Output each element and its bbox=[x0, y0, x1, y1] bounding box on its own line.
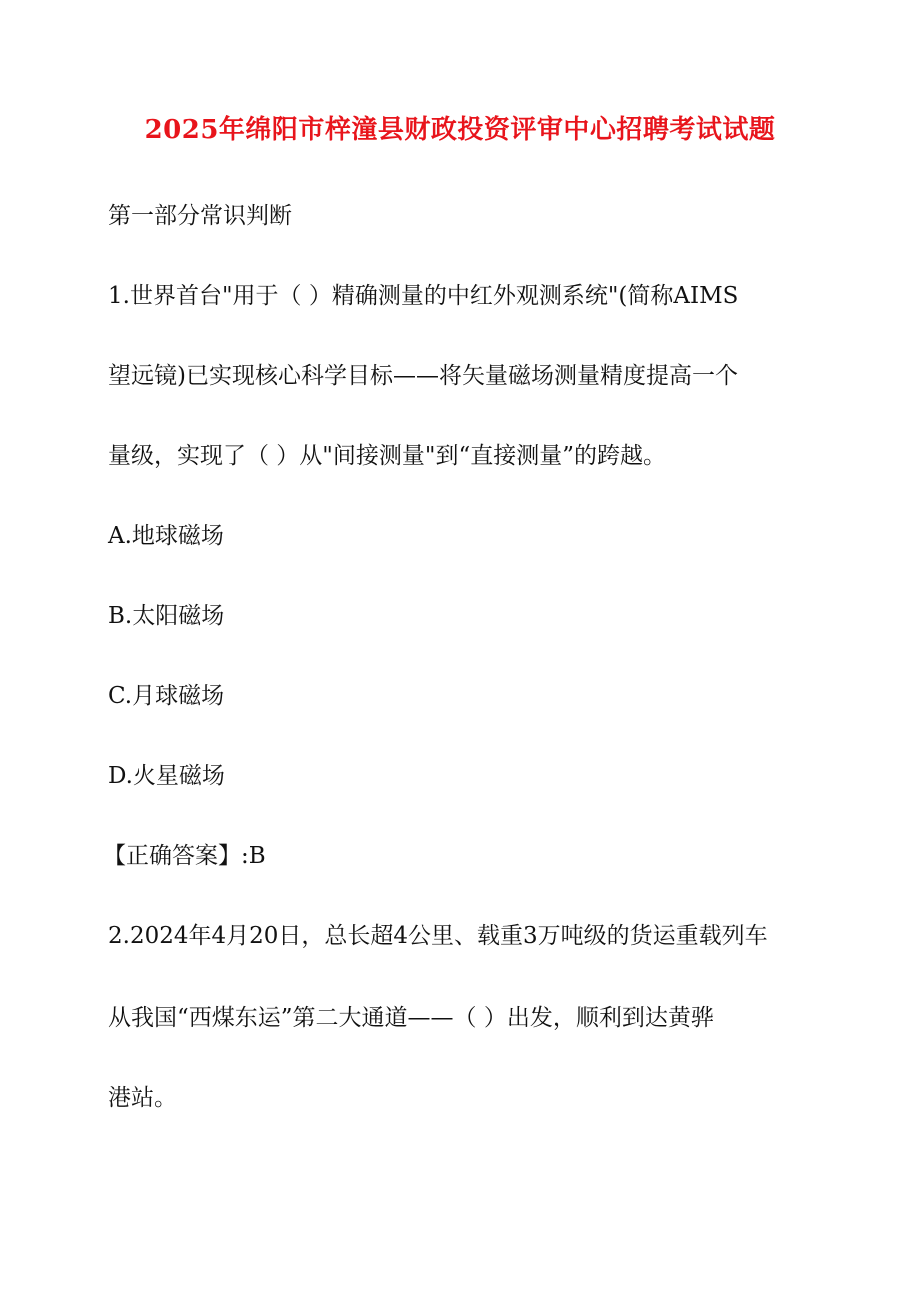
question-stem-line: 望远镜)已实现核心科学目标——将矢量磁场测量精度提高一个 bbox=[108, 356, 738, 396]
document-page: 2025年绵阳市梓潼县财政投资评审中心招聘考试试题 第一部分常识判断 1.世界首… bbox=[0, 0, 920, 1301]
correct-answer: 【正确答案】:B bbox=[103, 836, 266, 876]
section-heading: 第一部分常识判断 bbox=[108, 196, 292, 236]
option-a: A.地球磁场 bbox=[108, 516, 224, 556]
question-stem-line: 1.世界首台"用于（ ）精确测量的中红外观测系统"(简称AIMS bbox=[108, 276, 738, 316]
document-title: 2025年绵阳市梓潼县财政投资评审中心招聘考试试题 bbox=[0, 110, 920, 150]
option-c: C.月球磁场 bbox=[108, 676, 224, 716]
question-stem-line: 2.2024年4月20日，总长超4公里、载重3万吨级的货运重载列车 bbox=[108, 916, 768, 956]
question-stem-line: 从我国“西煤东运”第二大通道——（ ）出发，顺利到达黄骅 bbox=[108, 998, 714, 1038]
question-stem-line: 量级，实现了（ ）从"间接测量"到“直接测量”的跨越。 bbox=[108, 436, 666, 476]
question-stem-line: 港站。 bbox=[108, 1078, 177, 1118]
option-b: B.太阳磁场 bbox=[108, 596, 224, 636]
option-d: D.火星磁场 bbox=[108, 756, 225, 796]
